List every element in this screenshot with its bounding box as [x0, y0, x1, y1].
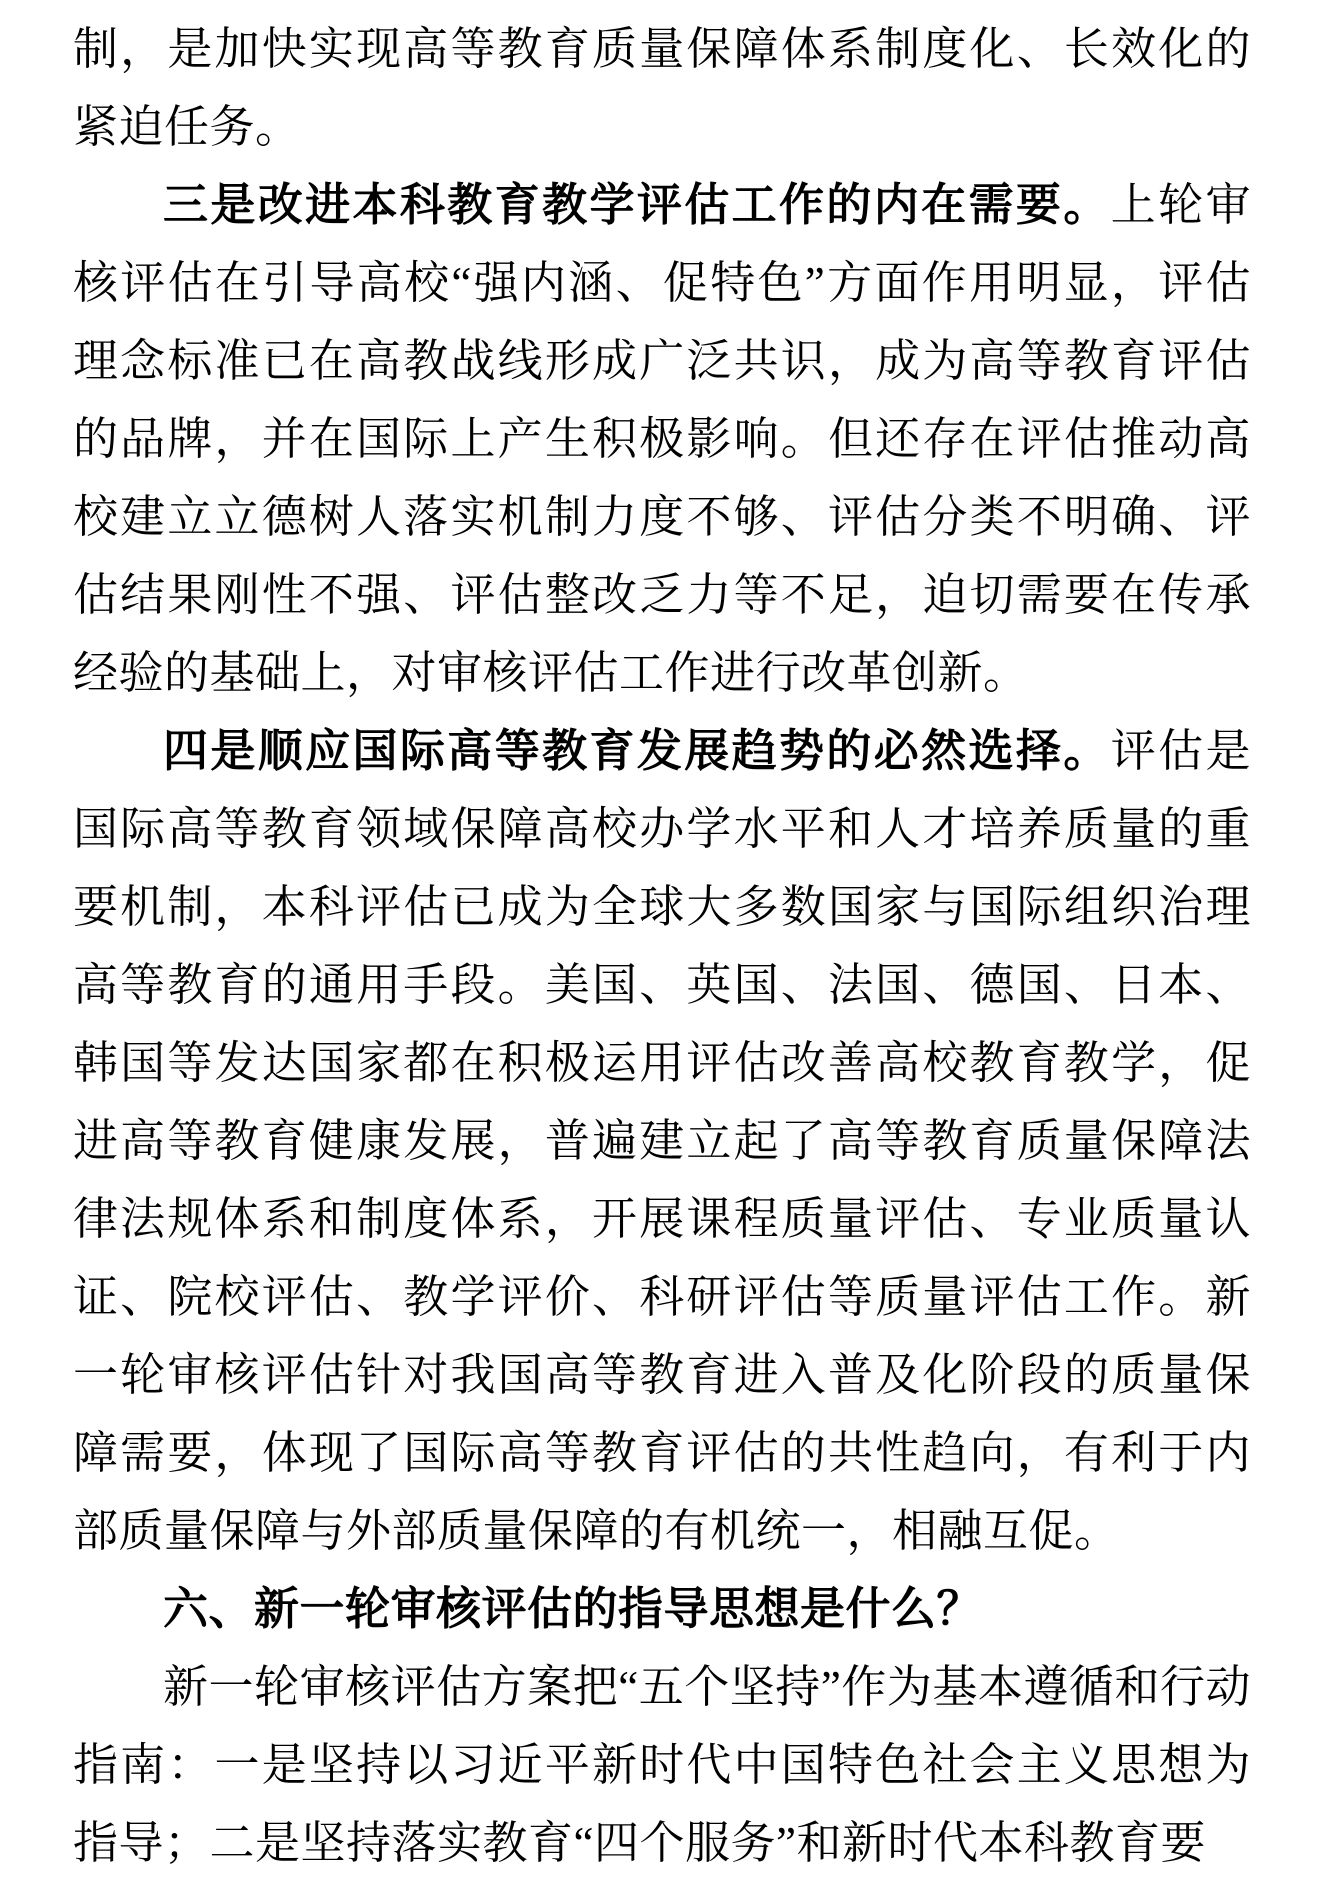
page-text-block: 制，是加快实现高等教育质量保障体系制度化、长效化的紧迫任务。 三是改进本科教育教… [73, 10, 1251, 1882]
section-heading-six: 六、新一轮审核评估的指导思想是什么？ [73, 1570, 1251, 1648]
body-text: 评估是国际高等教育领域保障高校办学水平和人才培养质量的重要机制，本科评估已成为全… [73, 726, 1251, 1556]
paragraph-guiding-principles: 新一轮审核评估方案把“五个坚持”作为基本遵循和行动指南：一是坚持以习近平新时代中… [73, 1648, 1251, 1882]
body-text: 制，是加快实现高等教育质量保障体系制度化、长效化的紧迫任务。 [73, 24, 1251, 152]
paragraph-point-four: 四是顺应国际高等教育发展趋势的必然选择。评估是国际高等教育领域保障高校办学水平和… [73, 712, 1251, 1570]
body-text: 上轮审核评估在引导高校“强内涵、促特色”方面作用明显，评估理念标准已在高教战线形… [73, 180, 1251, 698]
document-page: 制，是加快实现高等教育质量保障体系制度化、长效化的紧迫任务。 三是改进本科教育教… [0, 0, 1323, 1892]
paragraph-continuation: 制，是加快实现高等教育质量保障体系制度化、长效化的紧迫任务。 [73, 10, 1251, 166]
paragraph-lead-emphasis: 四是顺应国际高等教育发展趋势的必然选择。 [163, 726, 1111, 776]
heading-text: 六、新一轮审核评估的指导思想是什么？ [163, 1583, 982, 1634]
body-text: 新一轮审核评估方案把“五个坚持”作为基本遵循和行动指南：一是坚持以习近平新时代中… [73, 1662, 1251, 1868]
paragraph-point-three: 三是改进本科教育教学评估工作的内在需要。上轮审核评估在引导高校“强内涵、促特色”… [73, 166, 1251, 712]
paragraph-lead-emphasis: 三是改进本科教育教学评估工作的内在需要。 [163, 180, 1111, 230]
